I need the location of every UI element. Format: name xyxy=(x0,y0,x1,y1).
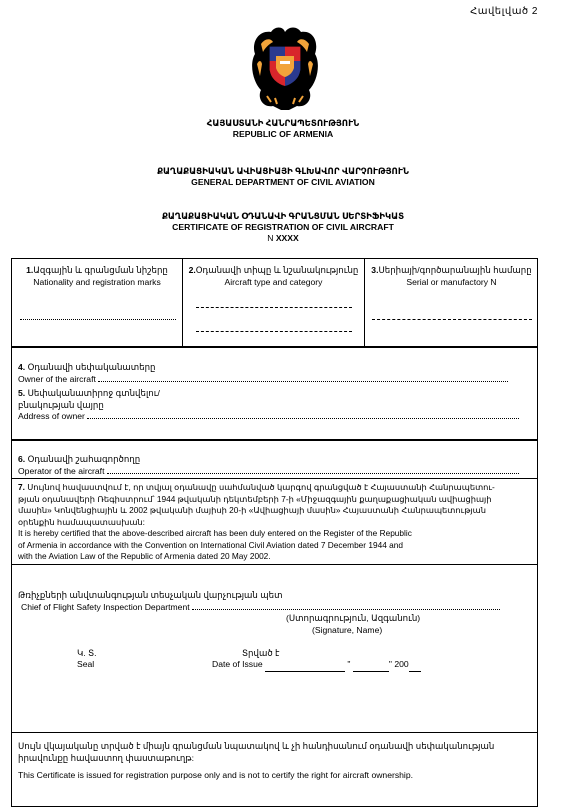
rule-after-operator xyxy=(11,478,538,479)
certificate-number-prefix: N xyxy=(267,233,273,243)
year-prefix: " 200 xyxy=(389,659,409,669)
statement-en-line-3: with the Aviation Law of the Republic of… xyxy=(18,551,533,563)
aircraft-type-field[interactable] xyxy=(196,306,352,308)
certificate-en: CERTIFICATE OF REGISTRATION OF CIVIL AIR… xyxy=(0,222,566,233)
chief-title-line: Chief of Flight Safety Inspection Depart… xyxy=(21,602,531,614)
signature-caption-en: (Signature, Name) xyxy=(312,625,382,637)
field-5-number: 5. xyxy=(18,388,25,398)
owner-section: 4. Օդանավի սեփականատերը Owner of the air… xyxy=(18,362,533,423)
footer-note: Սույն վկայականը տրված է միայն գրանցման ն… xyxy=(18,741,533,782)
rule-after-statement xyxy=(11,564,538,565)
country-en: REPUBLIC OF ARMENIA xyxy=(0,129,566,140)
signature-caption-hy: (Ստորագրություն, Ազգանուն) xyxy=(286,613,420,625)
certificate-hy: ՔԱՂԱՔԱՑԻԱԿԱՆ ՕԴԱՆԱՎԻ ԳՐԱՆՑՄԱՆ ՍԵՐՏԻՖԻԿԱՏ xyxy=(0,211,566,222)
statement-hy-line-3: մասին» Կոնվենցիային և 2002 թվականի մայիս… xyxy=(18,505,533,517)
department-heading: ՔԱՂԱՔԱՑԻԱԿԱՆ ԱՎԻԱՑԻԱՅԻ ԳԼԽԱՎՈՐ ՎԱՐՉՈՒԹՅՈ… xyxy=(0,166,566,188)
statement-en-line-1: It is hereby certified that the above-de… xyxy=(18,528,533,540)
footer-note-hy-1: Սույն վկայականը տրված է միայն գրանցման ն… xyxy=(18,741,533,753)
country-hy: ՀԱՅԱՍՏԱՆԻ ՀԱՆՐԱՊԵՏՈՒԹՅՈՒՆ xyxy=(0,118,566,129)
field-3-label-hy: Սերիայի/գործարանային համարը xyxy=(378,265,531,275)
owner-field[interactable] xyxy=(98,381,508,382)
statement-en-line-2: of Armenia in accordance with the Conven… xyxy=(18,540,533,552)
field-4-label-en: Owner of the aircraft xyxy=(18,374,96,384)
department-en: GENERAL DEPARTMENT OF CIVIL AVIATION xyxy=(0,177,566,188)
footer-note-hy-2: իրավունքը հավաստող փաստաթուղթ: xyxy=(18,753,533,765)
field-5-label-hy-1: Սեփականատիրոջ գտնվելու/ xyxy=(28,388,160,398)
statement-hy-line-1: Սույնով հավաստվում է, որ տվյալ օդանավը ս… xyxy=(27,482,495,492)
annex-label: Հավելված 2 xyxy=(470,6,538,17)
chief-title-en: Chief of Flight Safety Inspection Depart… xyxy=(21,602,190,612)
date-quote-open: " xyxy=(347,659,350,669)
field-2-label-en: Aircraft type and category xyxy=(183,276,364,288)
field-6-label-hy: Օդանավի շահագործողը xyxy=(28,454,141,464)
field-4-label-hy: Օդանավի սեփականատերը xyxy=(28,362,156,372)
department-hy: ՔԱՂԱՔԱՑԻԱԿԱՆ ԱՎԻԱՑԻԱՅԻ ԳԼԽԱՎՈՐ ՎԱՐՉՈՒԹՅՈ… xyxy=(0,166,566,177)
field-5-label-en: Address of owner xyxy=(18,411,85,421)
field-3-label-en: Serial or manufactory N xyxy=(365,276,538,288)
field-6-number: 6. xyxy=(18,454,25,464)
footer-note-en: This Certificate is issued for registrat… xyxy=(18,770,533,782)
certificate-number: N XXXX xyxy=(0,233,566,244)
nationality-marks-field[interactable] xyxy=(20,318,176,320)
field-7-number: 7. xyxy=(18,482,25,492)
certificate-number-value: XXXX xyxy=(276,233,299,243)
operator-section: 6. Օդանավի շահագործողը Operator of the a… xyxy=(18,454,533,477)
serial-number-field[interactable] xyxy=(372,318,532,320)
field-1-header: 1.Ազգային և գրանցման նիշերը Nationality … xyxy=(12,264,182,288)
issue-year-field[interactable] xyxy=(409,659,421,672)
seal-label-hy: Կ. Տ. xyxy=(77,648,97,660)
statement-hy-line-4: օրենքին համապատասխան: xyxy=(18,517,533,529)
aircraft-category-field[interactable] xyxy=(196,330,352,332)
field-5-label-hy-2: բնակության վայրը xyxy=(18,400,533,412)
date-of-issue-line: Date of Issue " " 200 xyxy=(212,659,421,672)
coat-of-arms-icon xyxy=(247,24,323,112)
chief-title-hy: Թռիչքների անվտանգության տեսչական վարչութ… xyxy=(18,590,282,602)
field-6-label-en: Operator of the aircraft xyxy=(18,466,104,476)
statement-hy-line-2: թյան օդանավերի Ռեգիստրում՝ 1944 թվականի … xyxy=(18,494,533,506)
field-2-label-hy: Օդանավի տիպը և նշանակությունը xyxy=(196,265,359,275)
field-2-number: 2. xyxy=(189,265,196,275)
rule-before-footer xyxy=(11,732,538,733)
rule-after-row1 xyxy=(11,346,538,348)
rule-after-owner xyxy=(11,439,538,441)
certificate-heading: ՔԱՂԱՔԱՑԻԱԿԱՆ ՕԴԱՆԱՎԻ ԳՐԱՆՑՄԱՆ ՍԵՐՏԻՖԻԿԱՏ… xyxy=(0,211,566,244)
field-4-number: 4. xyxy=(18,362,25,372)
field-3-header: 3.Սերիայի/գործարանային համարը Serial or … xyxy=(365,264,538,288)
operator-field[interactable] xyxy=(107,473,519,474)
country-heading: ՀԱՅԱՍՏԱՆԻ ՀԱՆՐԱՊԵՏՈՒԹՅՈՒՆ REPUBLIC OF AR… xyxy=(0,118,566,140)
field-1-label-en: Nationality and registration marks xyxy=(12,276,182,288)
owner-address-field[interactable] xyxy=(87,418,519,419)
field-1-label-hy: Ազգային և գրանցման նիշերը xyxy=(33,265,168,275)
registration-statement: 7. Սույնով հավաստվում է, որ տվյալ օդանավ… xyxy=(18,482,533,563)
issue-day-month-field[interactable] xyxy=(265,659,345,672)
seal-label-en: Seal xyxy=(77,659,94,671)
issue-day-field[interactable] xyxy=(353,659,389,672)
issued-label-en: Date of Issue xyxy=(212,659,263,669)
issued-label-hy: Տրված է xyxy=(242,648,279,660)
chief-signature-field[interactable] xyxy=(192,609,500,610)
field-2-header: 2.Օդանավի տիպը և նշանակությունը Aircraft… xyxy=(183,264,364,288)
